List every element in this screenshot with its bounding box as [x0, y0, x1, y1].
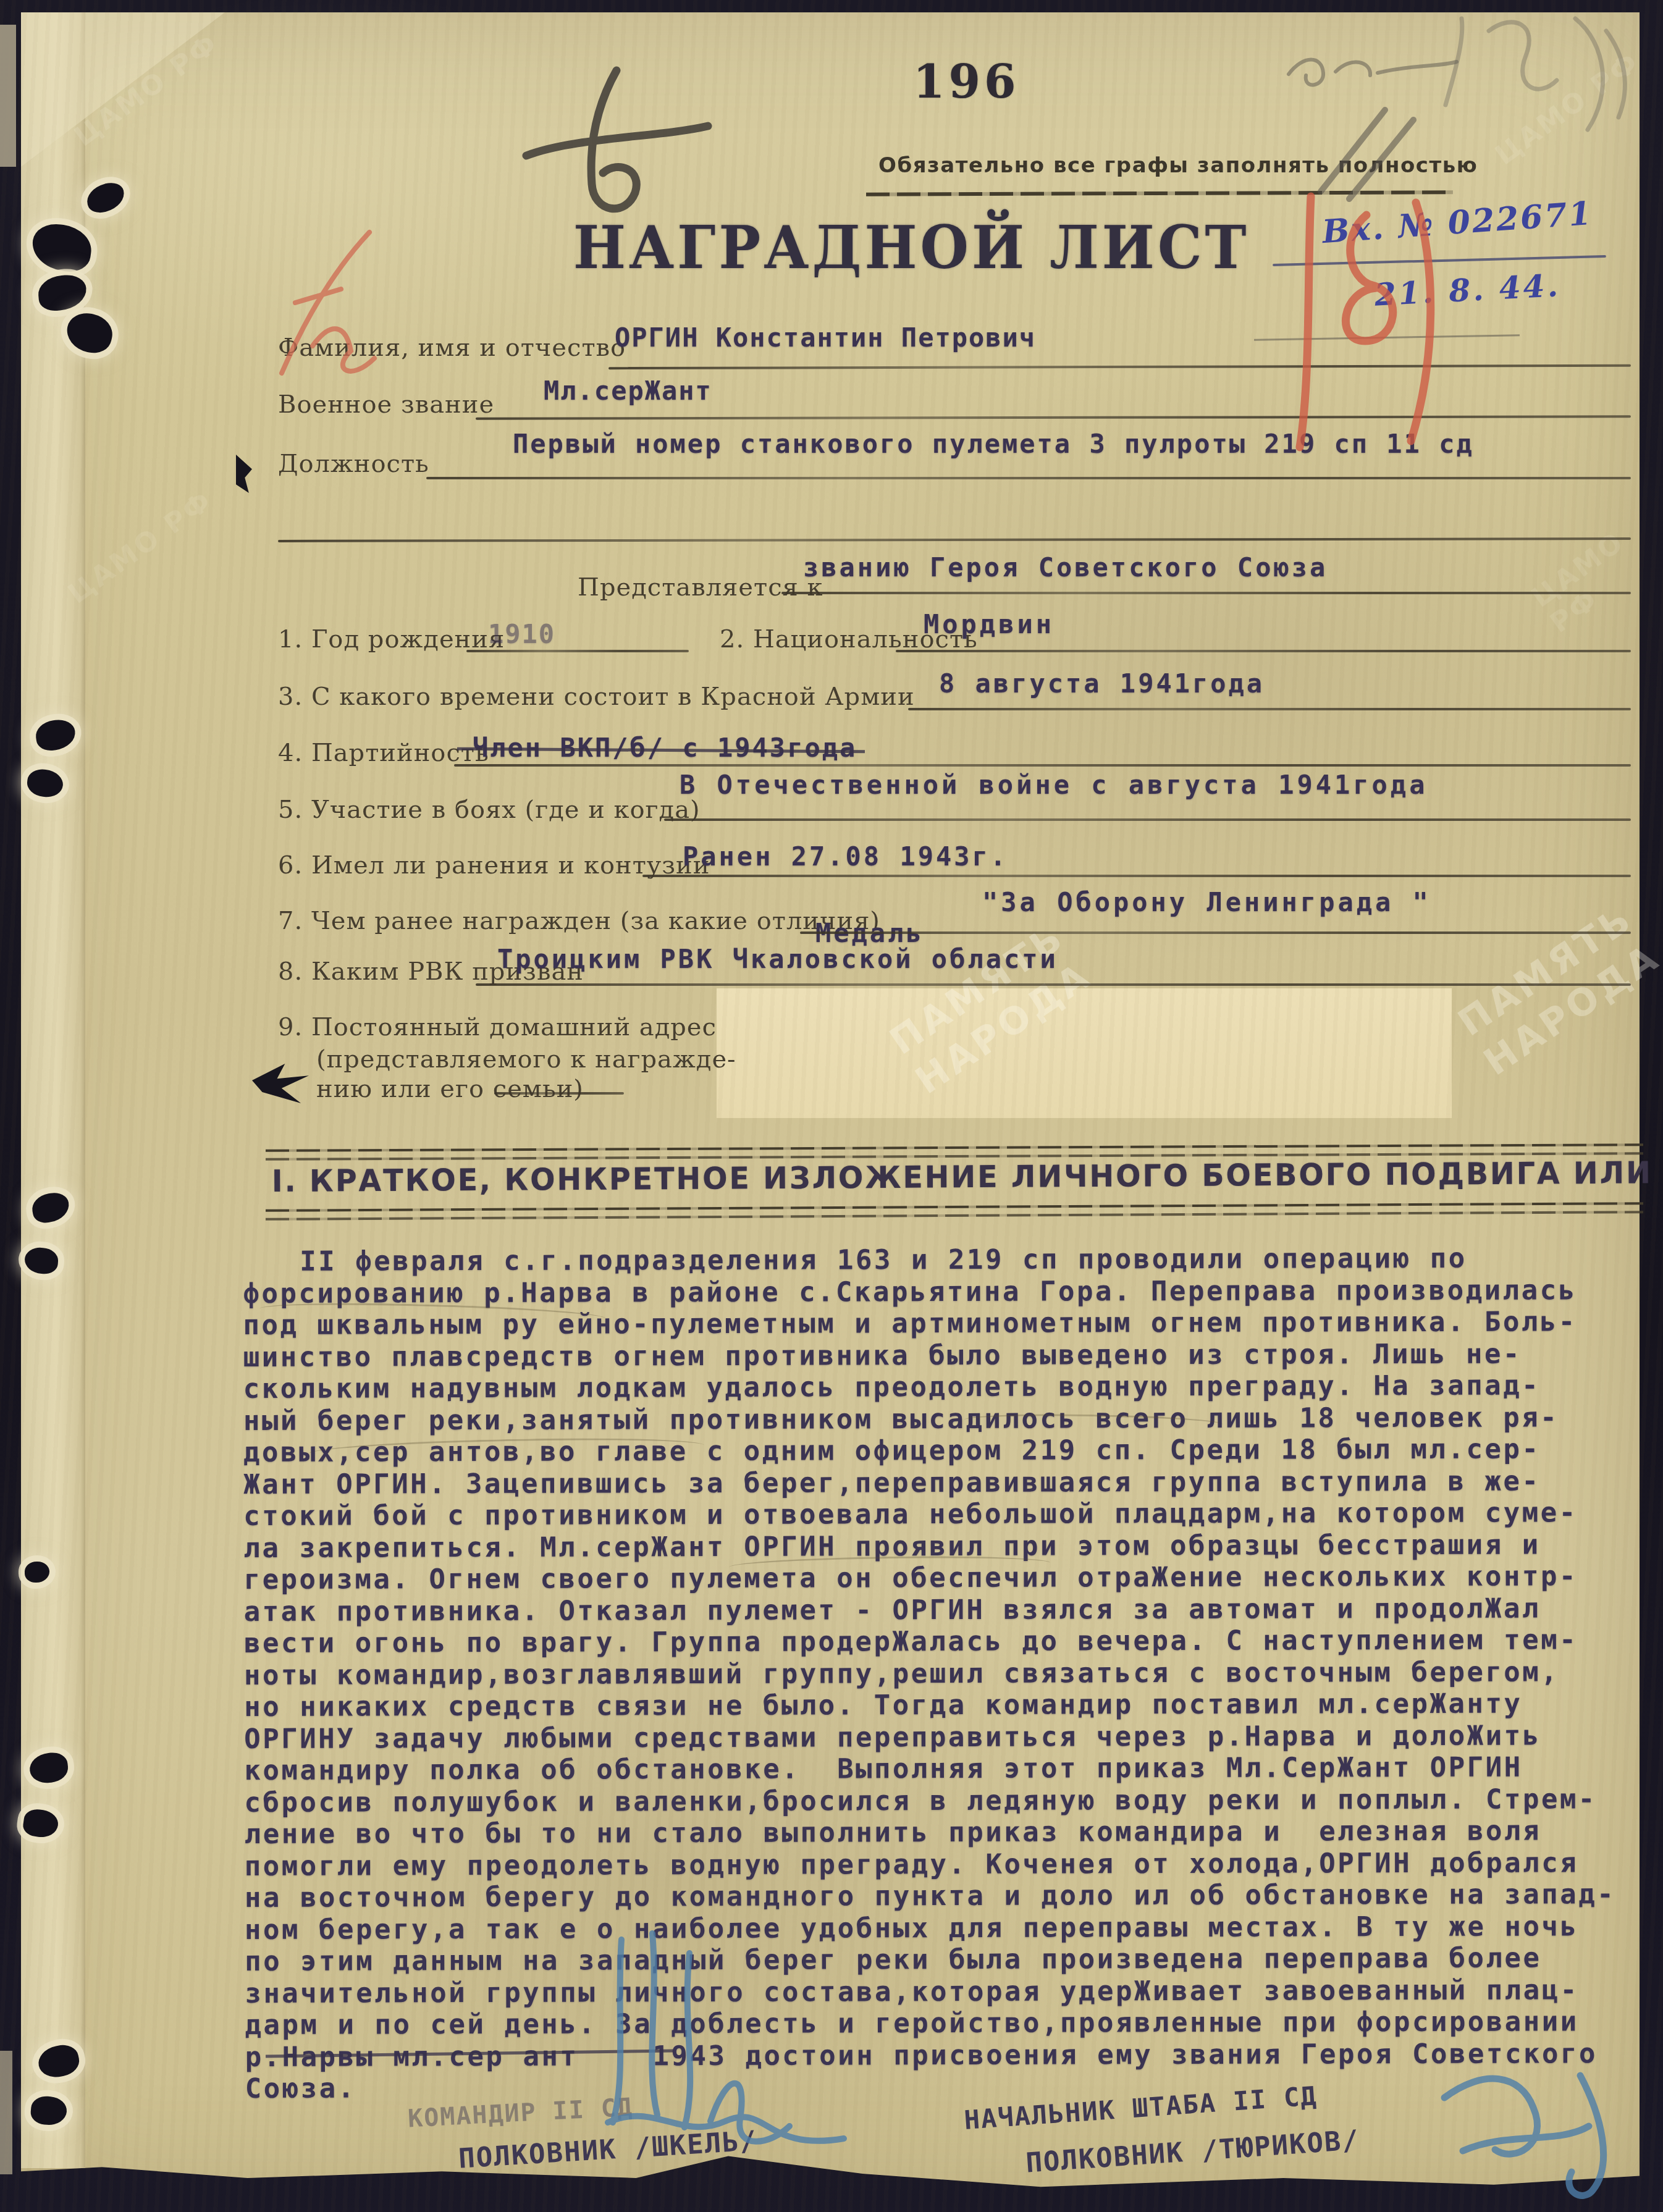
item7-label: 7. Чем ранее награжден (за какие отличия… [278, 907, 880, 935]
position-underline [426, 477, 1631, 479]
scan-edge-sliver [0, 2051, 12, 2174]
item8-underline [476, 983, 1631, 986]
item7-underline [800, 931, 1631, 934]
page-number-stamp: 196 [913, 56, 1019, 109]
body-line: атак противника. Отказал пулемет - ОРГИН… [244, 1592, 1646, 1628]
nominated-label: Представляется к [578, 573, 823, 602]
body-line: сбросив полушубок и валенки,бросился в л… [244, 1783, 1646, 1819]
pencil-faint-number [1421, 6, 1643, 136]
item4-label: 4. Партийность [278, 739, 489, 767]
body-line: ление во что бы то ни стало выполнить пр… [245, 1815, 1647, 1850]
item5-label: 5. Участие в боях (где и когда) [278, 796, 701, 824]
body-line: скольким надувным лодкам удалось преодол… [243, 1369, 1646, 1405]
body-line: помогли ему преодолеть водную преграду. … [245, 1847, 1647, 1882]
body-line: вести огонь по врагу. Группа продерЖалас… [244, 1624, 1646, 1659]
rank-label: Военное звание [278, 390, 494, 419]
item6-underline [642, 875, 1631, 877]
surname-value: ОРГИН Константин Петрович [615, 322, 1036, 353]
body-line: но никаких средств связи не было. Тогда … [244, 1688, 1646, 1723]
redacted-address-box [717, 988, 1452, 1118]
body-line: стокий бой с противником и отвоевала неб… [243, 1497, 1646, 1532]
red-pencil-note [259, 198, 395, 383]
scanned-award-sheet: ПАМЯТЬ НАРОДА ПАМЯТЬ НАРОДА ЦАМО РФ ЦАМО… [0, 0, 1663, 2212]
item7-value: "За Оборону Ленинграда " [982, 887, 1431, 917]
nominated-value: званию Героя Советского Союза [803, 552, 1328, 582]
rank-value: Мл.серЖант [544, 376, 712, 406]
item5-underline [664, 818, 1631, 821]
item3-label: 3. С какого времени состоит в Красной Ар… [278, 683, 915, 711]
blue-ink-signature-center [581, 1915, 976, 2205]
item3-underline [908, 708, 1631, 710]
body-line: ОРГИНУ задачу любыми средствами переправ… [244, 1720, 1646, 1755]
position-label: Должность [278, 450, 429, 478]
item2-value: Мордвин [924, 609, 1055, 639]
item9-underline [494, 1092, 624, 1095]
body-line: на восточном берегу до командного пункта… [245, 1878, 1647, 1914]
item4-underline [454, 764, 1631, 767]
blue-ink-signature-right [1427, 2057, 1631, 2211]
scan-edge-sliver [0, 25, 16, 167]
body-line: Жант ОРГИН. Зацепившись за берег,перепра… [243, 1465, 1646, 1500]
body-line: форсированию р.Нарва в районе с.Скарьяти… [243, 1274, 1645, 1310]
item1-underline [466, 650, 689, 652]
item9-label-line3: нию или его семьи) [316, 1075, 584, 1103]
red-pencil-number [1273, 179, 1452, 457]
body-line: командиру полка об обстановке. Выполняя … [244, 1751, 1646, 1786]
item1-value: 1910 [488, 619, 555, 649]
body-line: ноты командир,возглавлявший группу,решил… [244, 1656, 1646, 1691]
body-line: шинство плавсредств огнем противника был… [243, 1338, 1646, 1373]
item9-label-line2: (представляемого к награжде- [316, 1045, 736, 1074]
item5-value: В Отечественной войне с августа 1941года [680, 770, 1428, 800]
item3-value: 8 августа 1941года [939, 668, 1265, 699]
nominated-underline [781, 592, 1631, 594]
body-line: ный берег реки,занятый противником высад… [243, 1402, 1646, 1437]
pencil-mark-b [519, 62, 717, 229]
body-line: II февраля с.г.подразделения 163 и 219 с… [243, 1242, 1645, 1277]
item9-label-line1: 9. Постоянный домашний адрес [278, 1013, 717, 1041]
item2-underline [896, 650, 1631, 652]
item6-value: Ранен 27.08 1943г. [683, 841, 1008, 872]
item8-value: Троицким РВК Чкаловской области [497, 944, 1058, 974]
